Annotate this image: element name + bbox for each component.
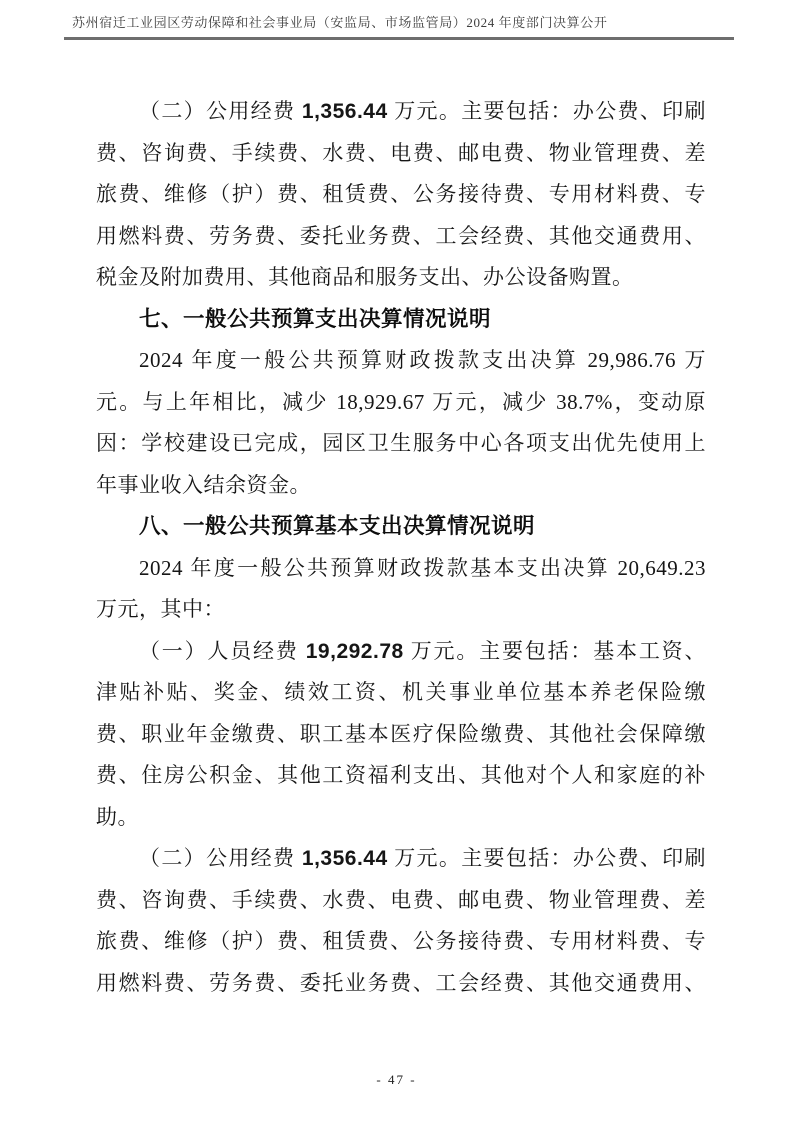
page-header: 苏州宿迁工业园区劳动保障和社会事业局（安监局、市场监管局）2024 年度部门决算… [64,6,734,40]
paragraph-line: 旅费、维修（护）费、租赁费、公务接待费、专用材料费、专 [96,174,706,216]
paragraph-line: 助。 [96,797,706,839]
paragraph-line: 因：学校建设已完成，园区卫生服务中心各项支出优先使用上 [96,423,706,465]
paragraph-line: （一）人员经费 19,292.78 万元。主要包括：基本工资、 [96,631,706,673]
paragraph-line: 津贴补贴、奖金、绩效工资、机关事业单位基本养老保险缴 [96,672,706,714]
paragraph-line: 2024 年度一般公共预算财政拨款基本支出决算 20,649.23 [96,548,706,590]
section-heading: 七、一般公共预算支出决算情况说明 [96,299,706,341]
text-run: 万元。主要包括：办公费、印刷 [388,846,706,870]
amount-value: 19,292.78 [306,640,404,663]
page-footer: - 47 - [0,1072,793,1088]
page-number: - 47 - [376,1072,416,1087]
text-run: （二）公用经费 [139,99,302,123]
paragraph-line: 费、咨询费、手续费、水费、电费、邮电费、物业管理费、差 [96,880,706,922]
paragraph-line: 2024 年度一般公共预算财政拨款支出决算 29,986.76 万 [96,340,706,382]
text-run: （二）公用经费 [139,846,302,870]
text-run: （一）人员经费 [139,639,306,663]
paragraph-line: 用燃料费、劳务费、委托业务费、工会经费、其他交通费用、 [96,963,706,1005]
text-run: 万元。主要包括：基本工资、 [404,639,706,663]
text-run: 万元。主要包括：办公费、印刷 [388,99,706,123]
paragraph-line: 费、职业年金缴费、职工基本医疗保险缴费、其他社会保障缴 [96,714,706,756]
amount-value: 1,356.44 [302,847,388,870]
document-body: （二）公用经费 1,356.44 万元。主要包括：办公费、印刷费、咨询费、手续费… [96,91,706,1004]
paragraph-line: 万元，其中： [96,589,706,631]
paragraph-line: 用燃料费、劳务费、委托业务费、工会经费、其他交通费用、 [96,216,706,258]
paragraph-line: 费、住房公积金、其他工资福利支出、其他对个人和家庭的补 [96,755,706,797]
amount-value: 1,356.44 [302,100,388,123]
paragraph-line: 费、咨询费、手续费、水费、电费、邮电费、物业管理费、差 [96,133,706,175]
section-heading: 八、一般公共预算基本支出决算情况说明 [96,506,706,548]
paragraph-line: （二）公用经费 1,356.44 万元。主要包括：办公费、印刷 [96,91,706,133]
paragraph-line: （二）公用经费 1,356.44 万元。主要包括：办公费、印刷 [96,838,706,880]
paragraph-line: 旅费、维修（护）费、租赁费、公务接待费、专用材料费、专 [96,921,706,963]
header-title: 苏州宿迁工业园区劳动保障和社会事业局（安监局、市场监管局）2024 年度部门决算… [72,15,607,30]
paragraph-line: 年事业收入结余资金。 [96,465,706,507]
paragraph-line: 税金及附加费用、其他商品和服务支出、办公设备购置。 [96,257,706,299]
paragraph-line: 元。与上年相比，减少 18,929.67 万元，减少 38.7%，变动原 [96,382,706,424]
document-page: 苏州宿迁工业园区劳动保障和社会事业局（安监局、市场监管局）2024 年度部门决算… [0,0,793,1122]
